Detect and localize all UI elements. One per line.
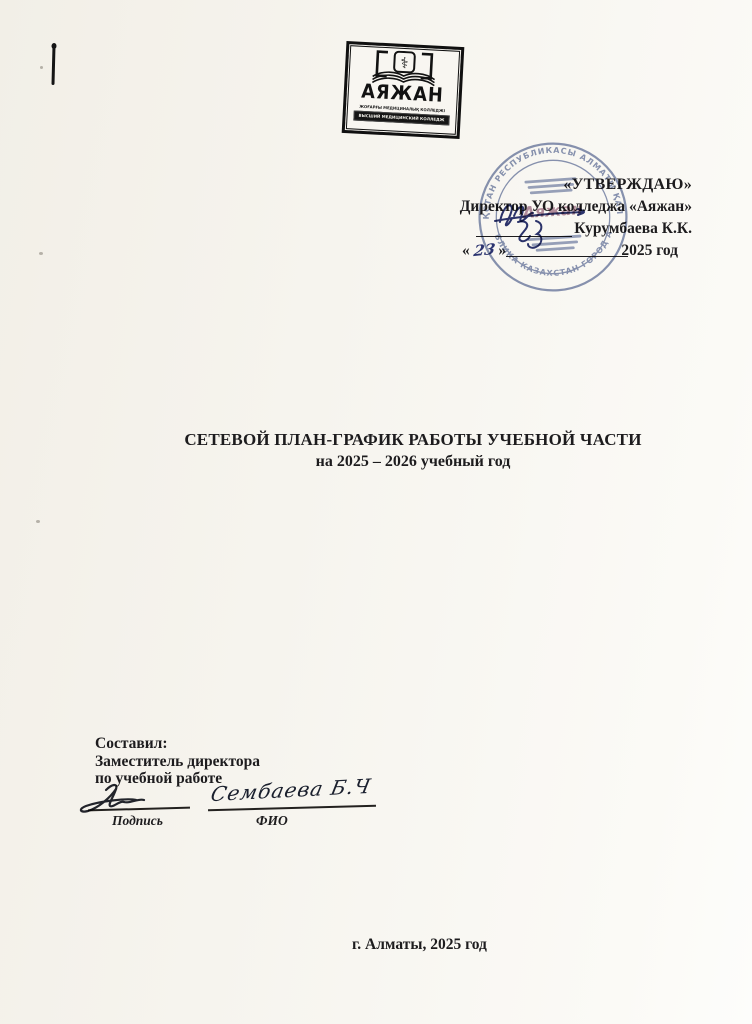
scan-speck xyxy=(39,252,43,255)
logo-name: АЯЖАН xyxy=(361,83,445,107)
composer-heading: Составил: xyxy=(95,735,260,753)
scan-pen-mark xyxy=(51,45,55,85)
stamp-center-name: Аяжан xyxy=(520,199,583,222)
college-logo: ⚕ АЯЖАН ЖОҒАРҒЫ МЕДИЦИНАЛЫҚ КОЛЛЕДЖІ ВЫС… xyxy=(342,41,465,139)
composer-signature xyxy=(70,778,194,816)
signature-area: Подпись ФИО Сембаева Б.Ч xyxy=(84,786,394,836)
fio-caption: ФИО xyxy=(256,813,288,829)
footer-city-year: г. Алматы, 2025 год xyxy=(352,936,487,954)
fio-line xyxy=(208,805,376,811)
title-line-2: на 2025 – 2026 учебный год xyxy=(74,453,752,471)
composer-role-line1: Заместитель директора xyxy=(95,753,260,771)
scanned-document-page: ⚕ АЯЖАН ЖОҒАРҒЫ МЕДИЦИНАЛЫҚ КОЛЛЕДЖІ ВЫС… xyxy=(0,0,752,1024)
scan-speck xyxy=(40,66,43,69)
official-round-stamp: ҚАЗАҚСТАН РЕСПУБЛИКАСЫ АЛМАТЫ ҚАЛАСЫ РЕС… xyxy=(469,133,638,302)
bowl-of-hygieia-glyph: ⚕ xyxy=(400,56,409,72)
document-title: СЕТЕВОЙ ПЛАН-ГРАФИК РАБОТЫ УЧЕБНОЙ ЧАСТИ… xyxy=(0,430,752,471)
title-line-1: СЕТЕВОЙ ПЛАН-ГРАФИК РАБОТЫ УЧЕБНОЙ ЧАСТИ xyxy=(74,430,752,450)
scan-speck xyxy=(36,520,40,523)
